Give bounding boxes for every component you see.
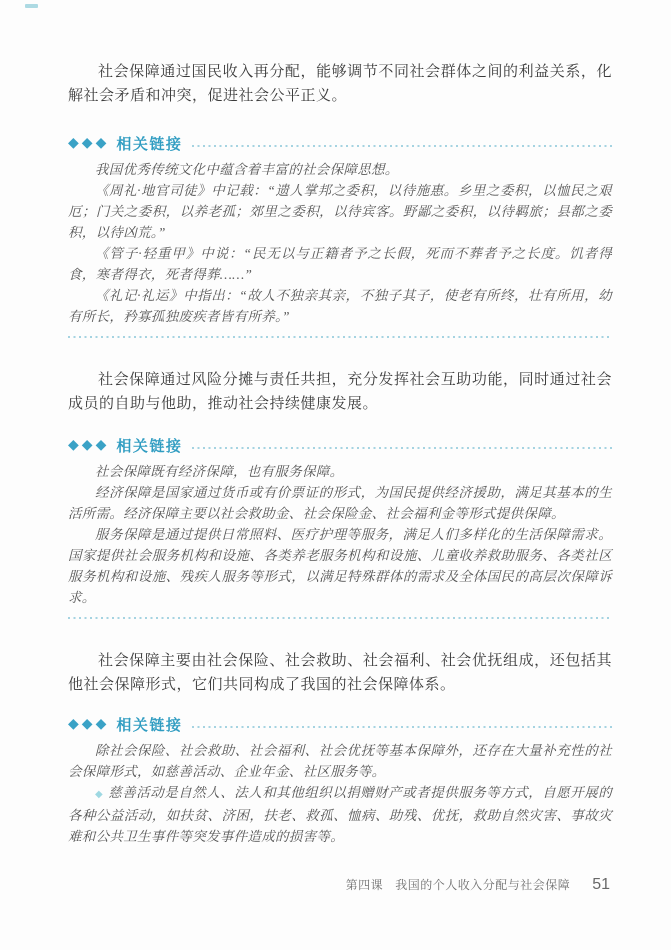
corner-mark bbox=[25, 4, 38, 8]
page-content: 社会保障通过国民收入再分配，能够调节不同社会群体之间的利益关系，化解社会矛盾和冲… bbox=[68, 0, 612, 847]
footer-lesson: 第四课 bbox=[346, 876, 384, 893]
body-paragraph-1: 社会保障通过国民收入再分配，能够调节不同社会群体之间的利益关系，化解社会矛盾和冲… bbox=[68, 60, 612, 108]
dotted-rule bbox=[68, 336, 612, 338]
diamond-icon: ◆ bbox=[68, 136, 79, 150]
diamond-icon: ◆ bbox=[96, 438, 107, 452]
related-links-header: ◆ ◆ ◆ 相关链接 bbox=[68, 134, 612, 152]
dotted-leader bbox=[192, 145, 612, 147]
box-paragraph: 《礼记·礼运》中指出：“故人不独亲其亲，不独子其子，使老有所终，壮有所用，幼有所… bbox=[68, 285, 612, 327]
related-links-body: 除社会保险、社会救助、社会福利、社会优抚等基本保障外，还存在大量补充性的社会保障… bbox=[68, 740, 612, 847]
box-paragraph: 经济保障是国家通过货币或有价票证的形式，为国民提供经济援助，满足其基本的生活所需… bbox=[68, 482, 612, 524]
footer-chapter-title: 我国的个人收入分配与社会保障 bbox=[395, 876, 570, 893]
related-links-label: 相关链接 bbox=[116, 714, 182, 735]
diamond-icon: ◆ bbox=[96, 717, 107, 731]
box-paragraph: 《管子·轻重甲》中说：“民无以与正籍者予之长假，死而不葬者予之长度。饥者得食，寒… bbox=[68, 243, 612, 285]
related-links-header: ◆ ◆ ◆ 相关链接 bbox=[68, 715, 612, 733]
box-paragraph: 除社会保险、社会救助、社会福利、社会优抚等基本保障外，还存在大量补充性的社会保障… bbox=[68, 740, 612, 782]
diamond-icon: ◆ bbox=[68, 438, 79, 452]
related-links-header: ◆ ◆ ◆ 相关链接 bbox=[68, 436, 612, 454]
box-paragraph: 社会保障既有经济保障，也有服务保障。 bbox=[68, 461, 612, 482]
related-links-label: 相关链接 bbox=[116, 133, 182, 154]
diamond-icon: ◆ bbox=[82, 717, 93, 731]
related-links-body: 我国优秀传统文化中蕴含着丰富的社会保障思想。 《周礼·地官司徒》中记载：“遗人掌… bbox=[68, 159, 612, 327]
dotted-leader bbox=[192, 726, 612, 728]
related-links-body: 社会保障既有经济保障，也有服务保障。 经济保障是国家通过货币或有价票证的形式，为… bbox=[68, 461, 612, 608]
box-paragraph: 《周礼·地官司徒》中记载：“遗人掌邦之委积，以待施惠。乡里之委积，以恤民之艰厄；… bbox=[68, 180, 612, 243]
related-links-label: 相关链接 bbox=[116, 435, 182, 456]
related-links-box-2: ◆ ◆ ◆ 相关链接 社会保障既有经济保障，也有服务保障。 经济保障是国家通过货… bbox=[68, 436, 612, 619]
box-paragraph-text: 慈善活动是自然人、法人和其他组织以捐赠财产或者提供服务等方式，自愿开展的各种公益… bbox=[68, 785, 612, 844]
diamond-bullet-icon: ◆ bbox=[95, 789, 103, 800]
box-paragraph: 我国优秀传统文化中蕴含着丰富的社会保障思想。 bbox=[68, 159, 612, 180]
box-paragraph: ◆慈善活动是自然人、法人和其他组织以捐赠财产或者提供服务等方式，自愿开展的各种公… bbox=[68, 782, 612, 847]
diamond-icon: ◆ bbox=[68, 717, 79, 731]
related-links-box-1: ◆ ◆ ◆ 相关链接 我国优秀传统文化中蕴含着丰富的社会保障思想。 《周礼·地官… bbox=[68, 134, 612, 338]
related-links-box-3: ◆ ◆ ◆ 相关链接 除社会保险、社会救助、社会福利、社会优抚等基本保障外，还存… bbox=[68, 715, 612, 847]
diamond-icon: ◆ bbox=[96, 136, 107, 150]
diamond-icon: ◆ bbox=[82, 136, 93, 150]
diamond-icon: ◆ bbox=[82, 438, 93, 452]
dotted-rule bbox=[68, 617, 612, 619]
page-footer: 第四课 我国的个人收入分配与社会保障 51 bbox=[346, 876, 610, 894]
body-paragraph-2: 社会保障通过风险分摊与责任共担，充分发挥社会互助功能，同时通过社会成员的自助与他… bbox=[68, 368, 612, 416]
dotted-leader bbox=[192, 447, 612, 449]
box-paragraph: 服务保障是通过提供日常照料、医疗护理等服务，满足人们多样化的生活保障需求。国家提… bbox=[68, 524, 612, 608]
page-number: 51 bbox=[592, 876, 610, 894]
body-paragraph-3: 社会保障主要由社会保险、社会救助、社会福利、社会优抚组成，还包括其他社会保障形式… bbox=[68, 649, 612, 697]
textbook-page: 社会保障通过国民收入再分配，能够调节不同社会群体之间的利益关系，化解社会矛盾和冲… bbox=[0, 0, 671, 950]
